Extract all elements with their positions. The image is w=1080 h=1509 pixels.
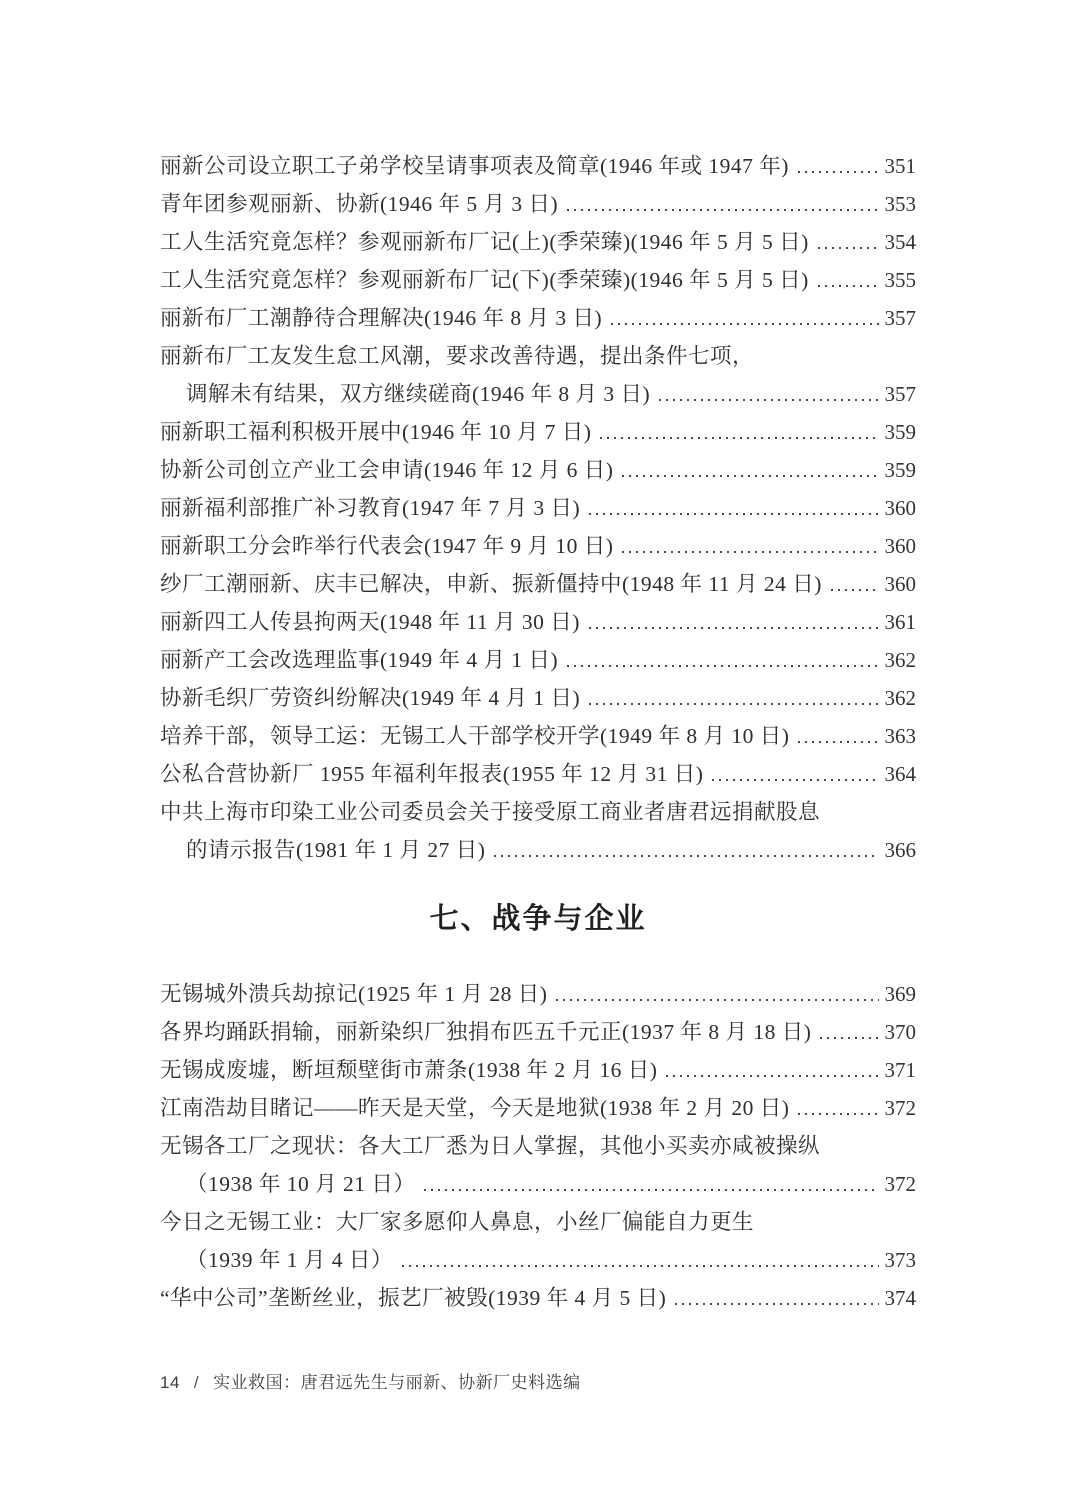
toc-entry-line: 青年团参观丽新、协新(1946 年 5 月 3 日)353 [160,185,916,223]
toc-entry-line: 培养干部，领导工运：无锡工人干部学校开学(1949 年 8 月 10 日)363 [160,717,916,755]
toc-entry-line: 丽新公司设立职工子弟学校呈请事项表及简章(1946 年或 1947 年)351 [160,147,916,185]
toc-entry-line: 工人生活究竟怎样？参观丽新布厂记(下)(季荣臻)(1946 年 5 月 5 日)… [160,261,916,299]
entry-title: 纱厂工潮丽新、庆丰已解决，申新、振新僵持中(1948 年 11 月 24 日) [160,565,822,603]
page-footer: 14 / 实业救国：唐君远先生与丽新、协新厂史料选编 [160,1368,581,1393]
entry-page-number: 364 [885,755,917,793]
toc-entry-line: 无锡城外溃兵劫掠记(1925 年 1 月 28 日)369 [160,975,916,1013]
toc-entry: 培养干部，领导工运：无锡工人干部学校开学(1949 年 8 月 10 日)363 [160,717,916,755]
entry-page-number: 351 [885,147,917,185]
entry-title: 中共上海市印染工业公司委员会关于接受原工商业者唐君远捐献股息 [160,793,820,831]
toc-entry-line: 纱厂工潮丽新、庆丰已解决，申新、振新僵持中(1948 年 11 月 24 日)3… [160,565,916,603]
toc-entry-line: 无锡各工厂之现状：各大工厂悉为日人掌握，其他小买卖亦咸被操纵 [160,1127,916,1165]
entry-page-number: 357 [885,375,917,413]
entry-page-number: 363 [885,717,917,755]
entry-title: 丽新布厂工潮静待合理解决(1946 年 8 月 3 日) [160,299,602,337]
toc-entry-continuation-line: 的请示报告(1981 年 1 月 27 日)366 [160,831,916,869]
entry-title: 丽新公司设立职工子弟学校呈请事项表及简章(1946 年或 1947 年) [160,147,789,185]
toc-entry: 协新公司创立产业工会申请(1946 年 12 月 6 日)359 [160,451,916,489]
toc-entry: 丽新产工会改选理监事(1949 年 4 月 1 日)362 [160,641,916,679]
toc-entry-line: 丽新布厂工潮静待合理解决(1946 年 8 月 3 日)357 [160,299,916,337]
toc-entry-line: 江南浩劫目睹记——昨天是天堂，今天是地狱(1938 年 2 月 20 日)372 [160,1089,916,1127]
toc-entry-line: 各界均踊跃捐输，丽新染织厂独捐布匹五千元正(1937 年 8 月 18 日)37… [160,1013,916,1051]
toc-section-labor-welfare: 丽新公司设立职工子弟学校呈请事项表及简章(1946 年或 1947 年)351青… [160,147,916,869]
toc-entry: 各界均踊跃捐输，丽新染织厂独捐布匹五千元正(1937 年 8 月 18 日)37… [160,1013,916,1051]
toc-entry-line: 丽新福利部推广补习教育(1947 年 7 月 3 日)360 [160,489,916,527]
toc-entry-line: 丽新布厂工友发生怠工风潮，要求改善待遇，提出条件七项， [160,337,916,375]
toc-entry: 纱厂工潮丽新、庆丰已解决，申新、振新僵持中(1948 年 11 月 24 日)3… [160,565,916,603]
toc-entry: 无锡城外溃兵劫掠记(1925 年 1 月 28 日)369 [160,975,916,1013]
entry-title: 丽新职工福利积极开展中(1946 年 10 月 7 日) [160,413,591,451]
entry-title: 培养干部，领导工运：无锡工人干部学校开学(1949 年 8 月 10 日) [160,717,789,755]
entry-page-number: 362 [885,679,917,717]
entry-page-number: 372 [885,1165,917,1203]
entry-page-number: 373 [885,1241,917,1279]
entry-title: 无锡成废墟，断垣颓壁街市萧条(1938 年 2 月 16 日) [160,1051,657,1089]
toc-section-war-and-enterprise: 无锡城外溃兵劫掠记(1925 年 1 月 28 日)369各界均踊跃捐输，丽新染… [160,975,916,1317]
entry-page-number: 360 [885,527,917,565]
toc-entry-continuation-line: 调解未有结果，双方继续磋商(1946 年 8 月 3 日)357 [160,375,916,413]
toc-entry-line: 无锡成废墟，断垣颓壁街市萧条(1938 年 2 月 16 日)371 [160,1051,916,1089]
toc-entry: 青年团参观丽新、协新(1946 年 5 月 3 日)353 [160,185,916,223]
entry-page-number: 372 [885,1089,917,1127]
entry-page-number: 366 [885,831,917,869]
entry-title: 今日之无锡工业：大厂家多愿仰人鼻息，小丝厂偏能自力更生 [160,1203,754,1241]
entry-page-number: 361 [885,603,917,641]
entry-title: 各界均踊跃捐输，丽新染织厂独捐布匹五千元正(1937 年 8 月 18 日) [160,1013,811,1051]
entry-title: 丽新福利部推广补习教育(1947 年 7 月 3 日) [160,489,580,527]
toc-entry: 工人生活究竟怎样？参观丽新布厂记(下)(季荣臻)(1946 年 5 月 5 日)… [160,261,916,299]
entry-title: 青年团参观丽新、协新(1946 年 5 月 3 日) [160,185,558,223]
entry-continuation-text: 调解未有结果，双方继续磋商(1946 年 8 月 3 日) [186,375,650,413]
entry-continuation-text: 的请示报告(1981 年 1 月 27 日) [186,831,485,869]
entry-page-number: 355 [885,261,917,299]
entry-title: 工人生活究竟怎样？参观丽新布厂记(上)(季荣臻)(1946 年 5 月 5 日) [160,223,809,261]
entry-page-number: 354 [885,223,917,261]
toc-entry-line: 今日之无锡工业：大厂家多愿仰人鼻息，小丝厂偏能自力更生 [160,1203,916,1241]
entry-title: 江南浩劫目睹记——昨天是天堂，今天是地狱(1938 年 2 月 20 日) [160,1089,789,1127]
entry-title: 丽新职工分会昨举行代表会(1947 年 9 月 10 日) [160,527,613,565]
book-title: 实业救国：唐君远先生与丽新、协新厂史料选编 [213,1368,581,1393]
entry-page-number: 369 [885,975,917,1013]
toc-entry: “华中公司”垄断丝业，振艺厂被毁(1939 年 4 月 5 日)374 [160,1279,916,1317]
toc-entry-line: 丽新四工人传县拘两天(1948 年 11 月 30 日)361 [160,603,916,641]
folio-separator: / [194,1373,199,1393]
section-heading: 七、战争与企业 [160,897,916,941]
toc-entry: 协新毛织厂劳资纠纷解决(1949 年 4 月 1 日)362 [160,679,916,717]
toc-entry: 今日之无锡工业：大厂家多愿仰人鼻息，小丝厂偏能自力更生（1939 年 1 月 4… [160,1203,916,1279]
entry-title: 丽新产工会改选理监事(1949 年 4 月 1 日) [160,641,558,679]
entry-page-number: 360 [885,489,917,527]
entry-title: 协新毛织厂劳资纠纷解决(1949 年 4 月 1 日) [160,679,580,717]
toc-entry-line: 协新毛织厂劳资纠纷解决(1949 年 4 月 1 日)362 [160,679,916,717]
toc-entry: 丽新四工人传县拘两天(1948 年 11 月 30 日)361 [160,603,916,641]
toc-entry-continuation-line: （1939 年 1 月 4 日）373 [160,1241,916,1279]
toc-entry: 丽新职工分会昨举行代表会(1947 年 9 月 10 日)360 [160,527,916,565]
entry-continuation-text: （1938 年 10 月 21 日） [186,1165,415,1203]
entry-title: 无锡各工厂之现状：各大工厂悉为日人掌握，其他小买卖亦咸被操纵 [160,1127,820,1165]
toc-entry-line: 协新公司创立产业工会申请(1946 年 12 月 6 日)359 [160,451,916,489]
entry-page-number: 371 [885,1051,917,1089]
entry-title: 工人生活究竟怎样？参观丽新布厂记(下)(季荣臻)(1946 年 5 月 5 日) [160,261,809,299]
entry-page-number: 374 [885,1279,917,1317]
toc-entry: 丽新布厂工友发生怠工风潮，要求改善待遇，提出条件七项，调解未有结果，双方继续磋商… [160,337,916,413]
toc-entry: 无锡各工厂之现状：各大工厂悉为日人掌握，其他小买卖亦咸被操纵（1938 年 10… [160,1127,916,1203]
book-toc-page: 丽新公司设立职工子弟学校呈请事项表及简章(1946 年或 1947 年)351青… [0,0,1080,1509]
entry-title: 公私合营协新厂 1955 年福利年报表(1955 年 12 月 31 日) [160,755,703,793]
toc-entry: 丽新福利部推广补习教育(1947 年 7 月 3 日)360 [160,489,916,527]
folio-page-number: 14 [160,1373,180,1393]
toc-entry-line: 工人生活究竟怎样？参观丽新布厂记(上)(季荣臻)(1946 年 5 月 5 日)… [160,223,916,261]
entry-page-number: 360 [885,565,917,603]
toc-entry-line: “华中公司”垄断丝业，振艺厂被毁(1939 年 4 月 5 日)374 [160,1279,916,1317]
toc-entry: 江南浩劫目睹记——昨天是天堂，今天是地狱(1938 年 2 月 20 日)372 [160,1089,916,1127]
toc-entry-line: 公私合营协新厂 1955 年福利年报表(1955 年 12 月 31 日)364 [160,755,916,793]
toc-entry: 丽新职工福利积极开展中(1946 年 10 月 7 日)359 [160,413,916,451]
entry-title: 无锡城外溃兵劫掠记(1925 年 1 月 28 日) [160,975,547,1013]
entry-page-number: 362 [885,641,917,679]
toc-entry-continuation-line: （1938 年 10 月 21 日）372 [160,1165,916,1203]
toc-entry-line: 丽新产工会改选理监事(1949 年 4 月 1 日)362 [160,641,916,679]
entry-title: “华中公司”垄断丝业，振艺厂被毁(1939 年 4 月 5 日) [160,1279,666,1317]
entry-page-number: 357 [885,299,917,337]
entry-title: 协新公司创立产业工会申请(1946 年 12 月 6 日) [160,451,613,489]
entry-page-number: 359 [885,451,917,489]
toc-entry-line: 丽新职工分会昨举行代表会(1947 年 9 月 10 日)360 [160,527,916,565]
toc-entry: 公私合营协新厂 1955 年福利年报表(1955 年 12 月 31 日)364 [160,755,916,793]
entry-page-number: 353 [885,185,917,223]
entry-continuation-text: （1939 年 1 月 4 日） [186,1241,393,1279]
entry-title: 丽新布厂工友发生怠工风潮，要求改善待遇，提出条件七项， [160,337,754,375]
toc-list: 丽新公司设立职工子弟学校呈请事项表及简章(1946 年或 1947 年)351青… [160,147,916,1317]
toc-entry: 丽新公司设立职工子弟学校呈请事项表及简章(1946 年或 1947 年)351 [160,147,916,185]
toc-entry: 工人生活究竟怎样？参观丽新布厂记(上)(季荣臻)(1946 年 5 月 5 日)… [160,223,916,261]
toc-entry: 中共上海市印染工业公司委员会关于接受原工商业者唐君远捐献股息的请示报告(1981… [160,793,916,869]
toc-entry: 无锡成废墟，断垣颓壁街市萧条(1938 年 2 月 16 日)371 [160,1051,916,1089]
toc-entry: 丽新布厂工潮静待合理解决(1946 年 8 月 3 日)357 [160,299,916,337]
entry-page-number: 370 [885,1013,917,1051]
entry-page-number: 359 [885,413,917,451]
toc-entry-line: 中共上海市印染工业公司委员会关于接受原工商业者唐君远捐献股息 [160,793,916,831]
entry-title: 丽新四工人传县拘两天(1948 年 11 月 30 日) [160,603,580,641]
toc-entry-line: 丽新职工福利积极开展中(1946 年 10 月 7 日)359 [160,413,916,451]
